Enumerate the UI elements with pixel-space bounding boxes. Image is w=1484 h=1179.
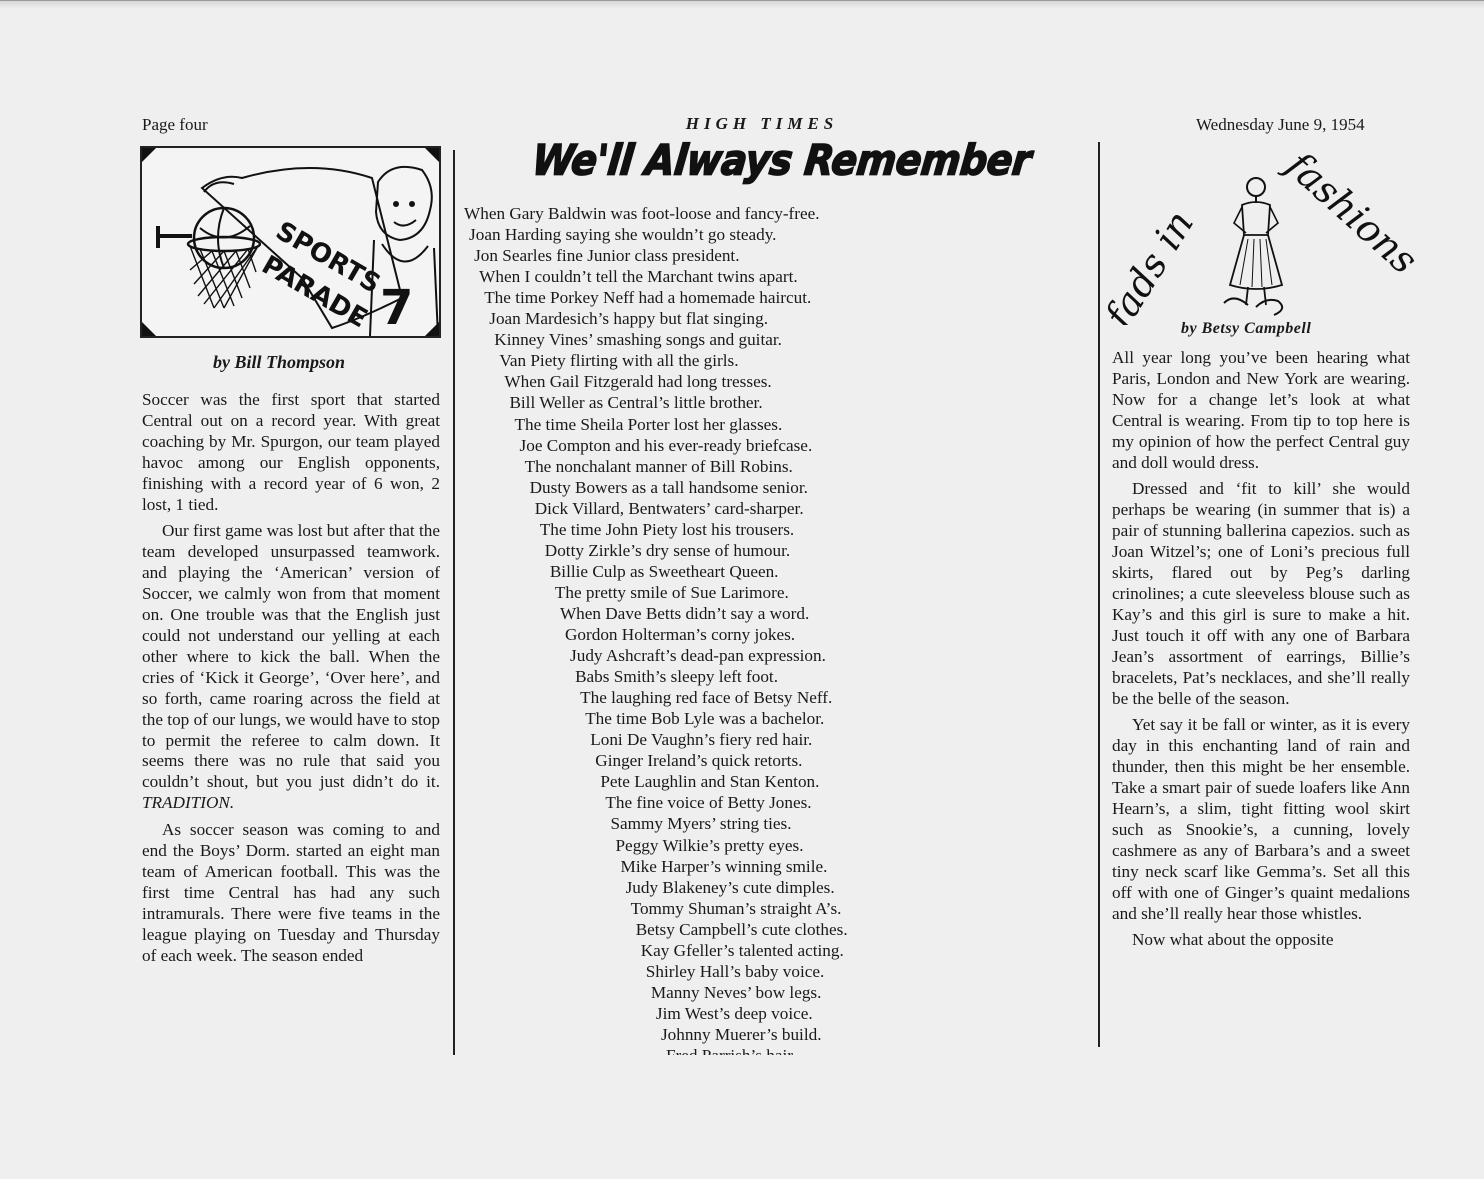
- remember-line: Ginger Ireland’s quick retorts.: [595, 750, 802, 771]
- article-paragraph: Dressed and ‘fit to kill’ she would perh…: [1112, 479, 1410, 709]
- remember-line: Joan Mardesich’s happy but flat singing.: [489, 308, 768, 329]
- svg-text:fashions: fashions: [1276, 141, 1416, 283]
- issue-date: Wednesday June 9, 1954: [1196, 115, 1365, 135]
- remember-line: Joan Harding saying she wouldn’t go stea…: [469, 224, 776, 245]
- remember-line: Judy Ashcraft’s dead-pan expression.: [570, 645, 826, 666]
- remember-line: Shirley Hall’s baby voice.: [646, 961, 825, 982]
- remember-line: Jim West’s deep voice.: [656, 1003, 813, 1024]
- svg-text:7: 7: [380, 280, 413, 336]
- remember-line: The nonchalant manner of Bill Robins.: [525, 456, 793, 477]
- fashion-article: All year long you’ve been hearing what P…: [1112, 348, 1410, 1046]
- sports-byline: by Bill Thompson: [213, 352, 345, 373]
- remember-line: When I couldn’t tell the Marchant twins …: [479, 266, 798, 287]
- remember-line: The pretty smile of Sue Larimore.: [555, 582, 789, 603]
- remember-line: Bill Weller as Central’s little brother.: [509, 392, 762, 413]
- page-bottom-margin: [0, 1056, 1484, 1179]
- remember-line: The time John Piety lost his trousers.: [540, 519, 794, 540]
- remember-line: Dusty Bowers as a tall handsome senior.: [530, 477, 808, 498]
- remember-line: Kay Gfeller’s talented acting.: [641, 940, 844, 961]
- headline: We'll Always Remember: [530, 136, 1033, 184]
- article-paragraph: Now what about the opposite: [1112, 930, 1410, 951]
- remember-line: The time Bob Lyle was a bachelor.: [585, 708, 824, 729]
- column-divider-right: [1098, 142, 1100, 1047]
- basketball-player-illustration-icon: SPORTS PARADE 7: [142, 148, 439, 336]
- svg-text:fads in: fads in: [1106, 203, 1202, 325]
- remember-line: The fine voice of Betty Jones.: [605, 792, 811, 813]
- remember-line: Betsy Campbell’s cute clothes.: [636, 919, 848, 940]
- article-paragraph: Our first game was lost but after that t…: [142, 521, 440, 814]
- remember-line: Manny Neves’ bow legs.: [651, 982, 822, 1003]
- sports-parade-illustration: SPORTS PARADE 7: [140, 146, 441, 338]
- remember-line: Joe Compton and his ever-ready briefcase…: [520, 435, 813, 456]
- remember-line: Peggy Wilkie’s pretty eyes.: [616, 835, 804, 856]
- remember-line: The time Porkey Neff had a homemade hair…: [484, 287, 811, 308]
- remember-line: Tommy Shuman’s straight A’s.: [631, 898, 842, 919]
- remember-line: Kinney Vines’ smashing songs and guitar.: [494, 329, 782, 350]
- article-paragraph: As soccer season was coming to and end t…: [142, 820, 440, 966]
- fashion-byline: by Betsy Campbell: [1181, 320, 1311, 338]
- column-divider-left: [453, 150, 455, 1055]
- article-paragraph: All year long you’ve been hearing what P…: [1112, 348, 1410, 473]
- remember-line: Loni De Vaughn’s fiery red hair.: [590, 729, 812, 750]
- remember-line: Johnny Muerer’s build.: [661, 1024, 822, 1045]
- sports-article: Soccer was the first sport that started …: [142, 390, 440, 1055]
- remember-line: Jon Searles fine Junior class president.: [474, 245, 739, 266]
- remember-line: When Gail Fitzgerald had long tresses.: [504, 371, 771, 392]
- remember-line: Van Piety flirting with all the girls.: [499, 350, 738, 371]
- fashion-woman-illustration-icon: fads in fashions: [1106, 135, 1416, 325]
- remember-line: Sammy Myers’ string ties.: [610, 813, 791, 834]
- remember-line: Dotty Zirkle’s dry sense of humour.: [545, 540, 790, 561]
- remember-line: Pete Laughlin and Stan Kenton.: [600, 771, 819, 792]
- article-paragraph: Yet say it be fall or winter, as it is e…: [1112, 715, 1410, 924]
- remember-line: The laughing red face of Betsy Neff.: [580, 687, 832, 708]
- remember-line: Dick Villard, Bentwaters’ card-sharper.: [535, 498, 804, 519]
- remember-line: Billie Culp as Sweetheart Queen.: [550, 561, 779, 582]
- scan-edge: [0, 0, 1484, 9]
- remember-line: Gordon Holterman’s corny jokes.: [565, 624, 795, 645]
- remember-line: Mike Harper’s winning smile.: [621, 856, 828, 877]
- remember-line: Fred Parrish’s hair.: [666, 1045, 796, 1055]
- remember-line: When Gary Baldwin was foot-loose and fan…: [464, 203, 820, 224]
- remember-line: The time Sheila Porter lost her glasses.: [515, 414, 783, 435]
- remember-line: Judy Blakeney’s cute dimples.: [626, 877, 835, 898]
- remember-line: When Dave Betts didn’t say a word.: [560, 603, 809, 624]
- remember-line: Babs Smith’s sleepy left foot.: [575, 666, 778, 687]
- article-paragraph: Soccer was the first sport that started …: [142, 390, 440, 515]
- emphasis-text: TRADITION.: [142, 793, 234, 812]
- fads-in-fashions-illustration: fads in fashions: [1106, 135, 1416, 325]
